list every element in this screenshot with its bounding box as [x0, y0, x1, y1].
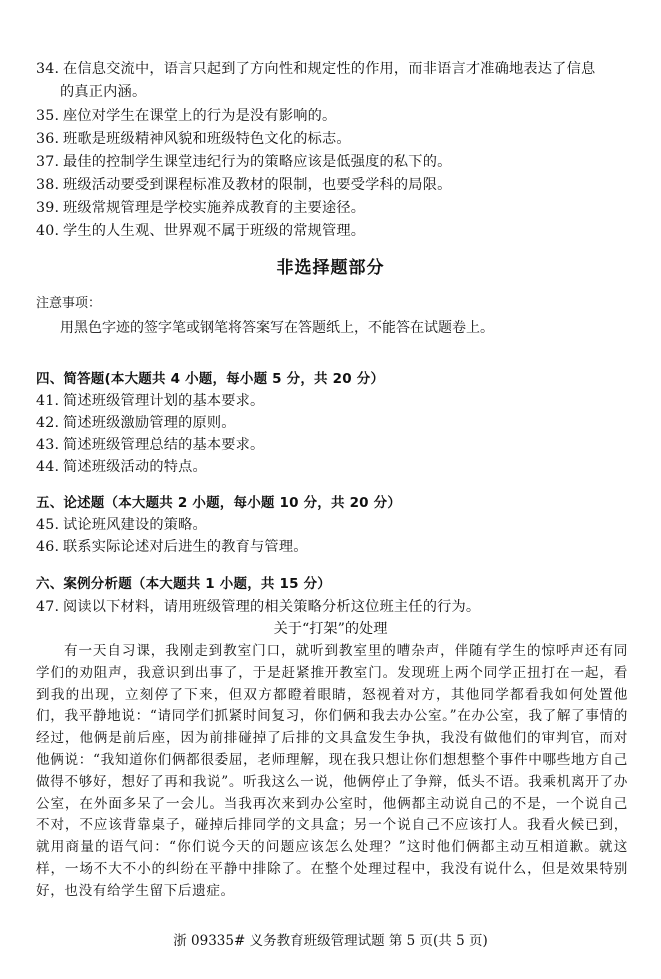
question-41: 41.简述班级管理计划的基本要求。: [36, 391, 264, 411]
question-46: 46.联系实际论述对后进生的教育与管理。: [36, 537, 308, 557]
question-40: 40.学生的人生观、世界观不属于班级的常规管理。: [36, 221, 365, 241]
exam-page: 34.在信息交流中，语言只起到了方向性和规定性的作用，而非语言才准确地表达了信息…: [0, 0, 661, 979]
question-35: 35.座位对学生在课堂上的行为是没有影响的。: [36, 106, 336, 126]
question-39: 39.班级常规管理是学校实施养成教育的主要途径。: [36, 198, 365, 218]
section-heading-case-analysis: 六、案例分析题（本大题共 1 小题，共 15 分）: [36, 574, 331, 594]
question-36: 36.班歌是班级精神风貌和班级特色文化的标志。: [36, 129, 351, 149]
question-44: 44.简述班级活动的特点。: [36, 457, 207, 477]
question-43: 43.简述班级管理总结的基本要求。: [36, 435, 264, 455]
section-heading-essay: 五、论述题（本大题共 2 小题，每小题 10 分，共 20 分）: [36, 493, 401, 513]
question-42: 42.简述班级激励管理的原则。: [36, 413, 236, 433]
question-37: 37.最佳的控制学生课堂违纪行为的策略应该是低强度的私下的。: [36, 152, 451, 172]
question-34: 34.在信息交流中，语言只起到了方向性和规定性的作用，而非语言才准确地表达了信息: [36, 59, 595, 79]
case-passage: 有一天自习课，我刚走到教室门口，就听到教室里的嘈杂声，伴随有学生的惊呼声还有同学…: [36, 641, 628, 903]
question-47: 47.阅读以下材料，请用班级管理的相关策略分析这位班主任的行为。: [36, 597, 480, 617]
page-footer: 浙 09335# 义务教育班级管理试题 第 5 页(共 5 页): [0, 929, 661, 949]
question-38: 38.班级活动要受到课程标准及教材的限制，也要受学科的局限。: [36, 175, 451, 195]
question-45: 45.试论班风建设的策略。: [36, 515, 207, 535]
notice-body: 用黑色字迹的签字笔或钢笔将答案写在答题纸上，不能答在试题卷上。: [60, 317, 494, 337]
notice-heading: 注意事项：: [36, 292, 101, 311]
part-title: 非选择题部分: [0, 253, 661, 278]
question-34-continuation: 的真正内涵。: [60, 82, 146, 102]
section-heading-short-answer: 四、简答题(本大题共 4 小题，每小题 5 分，共 20 分）: [36, 369, 384, 389]
case-title: 关于“打架”的处理: [0, 619, 661, 639]
